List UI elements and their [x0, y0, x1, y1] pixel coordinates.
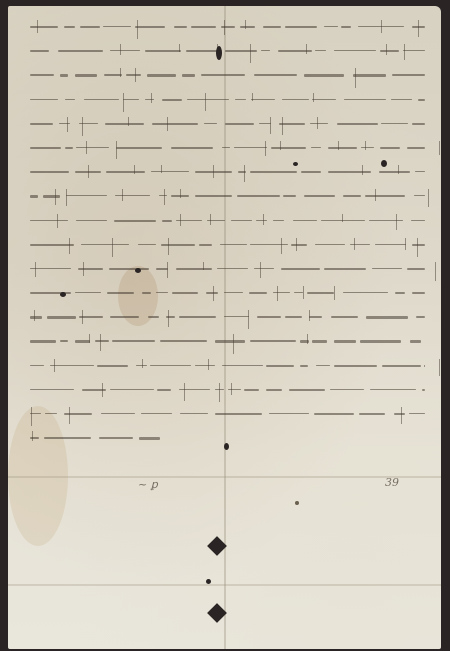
- bottom-right-mark: 39: [385, 476, 399, 489]
- ink-spot: [60, 292, 66, 297]
- text-line: [30, 403, 430, 427]
- text-line: [30, 40, 430, 64]
- text-line: [30, 185, 430, 209]
- ink-spot: [293, 162, 298, 166]
- text-line: [30, 64, 430, 88]
- text-line: [30, 16, 430, 40]
- ink-spot: [381, 160, 387, 167]
- text-line: [30, 330, 430, 354]
- manuscript-text-block: [30, 16, 430, 451]
- text-line: [30, 379, 430, 403]
- text-line: [30, 234, 430, 258]
- text-line: [30, 427, 430, 451]
- text-line: [30, 282, 430, 306]
- text-line: [30, 258, 430, 282]
- text-line: [30, 161, 430, 185]
- ink-spot: [216, 46, 222, 60]
- text-line: [30, 89, 430, 113]
- text-line: [30, 113, 430, 137]
- fold-line-horizontal: [8, 476, 441, 478]
- ink-spot: [206, 579, 211, 584]
- ink-spot: [224, 443, 229, 450]
- bottom-left-mark: ~ ꝑ: [138, 478, 158, 491]
- parchment-sheet: ~ ꝑ 39: [8, 6, 441, 649]
- text-line: [30, 210, 430, 234]
- ink-spot: [295, 501, 299, 505]
- text-line: [30, 306, 430, 330]
- text-line: [30, 137, 430, 161]
- fold-line-horizontal: [8, 584, 441, 586]
- ink-spot: [135, 268, 141, 273]
- text-line: [30, 355, 430, 379]
